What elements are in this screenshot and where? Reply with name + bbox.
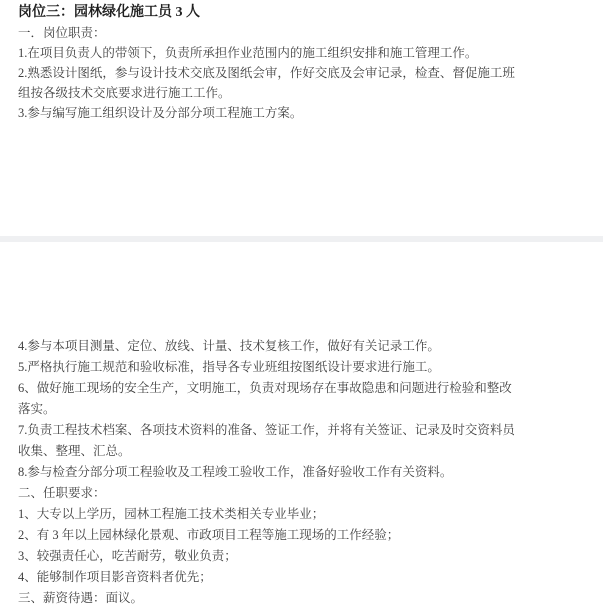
text-line: 一．岗位职责：	[18, 23, 597, 43]
page-title: 岗位三：园林绿化施工员 3 人	[18, 3, 597, 23]
text-line: 5.严格执行施工规范和验收标准，指导各专业班组按图纸设计要求进行施工。	[18, 357, 597, 378]
text-line: 3.参与编写施工组织设计及分部分项工程施工方案。	[18, 103, 597, 123]
text-line: 1、大专以上学历，园林工程施工技术类相关专业毕业；	[18, 504, 597, 525]
document-page: 岗位三：园林绿化施工员 3 人 一．岗位职责：1.在项目负责人的带领下，负责所承…	[0, 0, 603, 612]
text-line: 2、有 3 年以上园林绿化景观、市政项目工程等施工现场的工作经验；	[18, 525, 597, 546]
text-line: 3、较强责任心，吃苦耐劳，敬业负责；	[18, 546, 597, 567]
text-line: 三、薪资待遇：面议。	[18, 588, 597, 609]
text-line: 8.参与检查分部分项工程验收及工程竣工验收工作，准备好验收工作有关资料。	[18, 462, 597, 483]
text-line: 组按各级技术交底要求进行施工工作。	[18, 83, 597, 103]
text-line: 收集、整理、汇总。	[18, 441, 597, 462]
text-line: 4.参与本项目测量、定位、放线、计量、技术复核工作，做好有关记录工作。	[18, 336, 597, 357]
section-requirements: 4.参与本项目测量、定位、放线、计量、技术复核工作，做好有关记录工作。5.严格执…	[18, 336, 597, 609]
duties-lines: 一．岗位职责：1.在项目负责人的带领下，负责所承担作业范围内的施工组织安排和施工…	[18, 23, 597, 123]
requirements-lines: 4.参与本项目测量、定位、放线、计量、技术复核工作，做好有关记录工作。5.严格执…	[18, 336, 597, 609]
text-line: 7.负责工程技术档案、各项技术资料的准备、签证工作，并将有关签证、记录及时交资料…	[18, 420, 597, 441]
text-line: 6、做好施工现场的安全生产，文明施工，负责对现场存在事故隐患和问题进行检验和整改	[18, 378, 597, 399]
text-line: 落实。	[18, 399, 597, 420]
text-line: 1.在项目负责人的带领下，负责所承担作业范围内的施工组织安排和施工管理工作。	[18, 43, 597, 63]
section-job-duties: 岗位三：园林绿化施工员 3 人 一．岗位职责：1.在项目负责人的带领下，负责所承…	[18, 3, 597, 123]
text-line: 二、任职要求：	[18, 483, 597, 504]
section-divider	[0, 236, 603, 242]
text-line: 4、能够制作项目影音资料者优先；	[18, 567, 597, 588]
text-line: 2.熟悉设计图纸，参与设计技术交底及图纸会审，作好交底及会审记录，检查、督促施工…	[18, 63, 597, 83]
